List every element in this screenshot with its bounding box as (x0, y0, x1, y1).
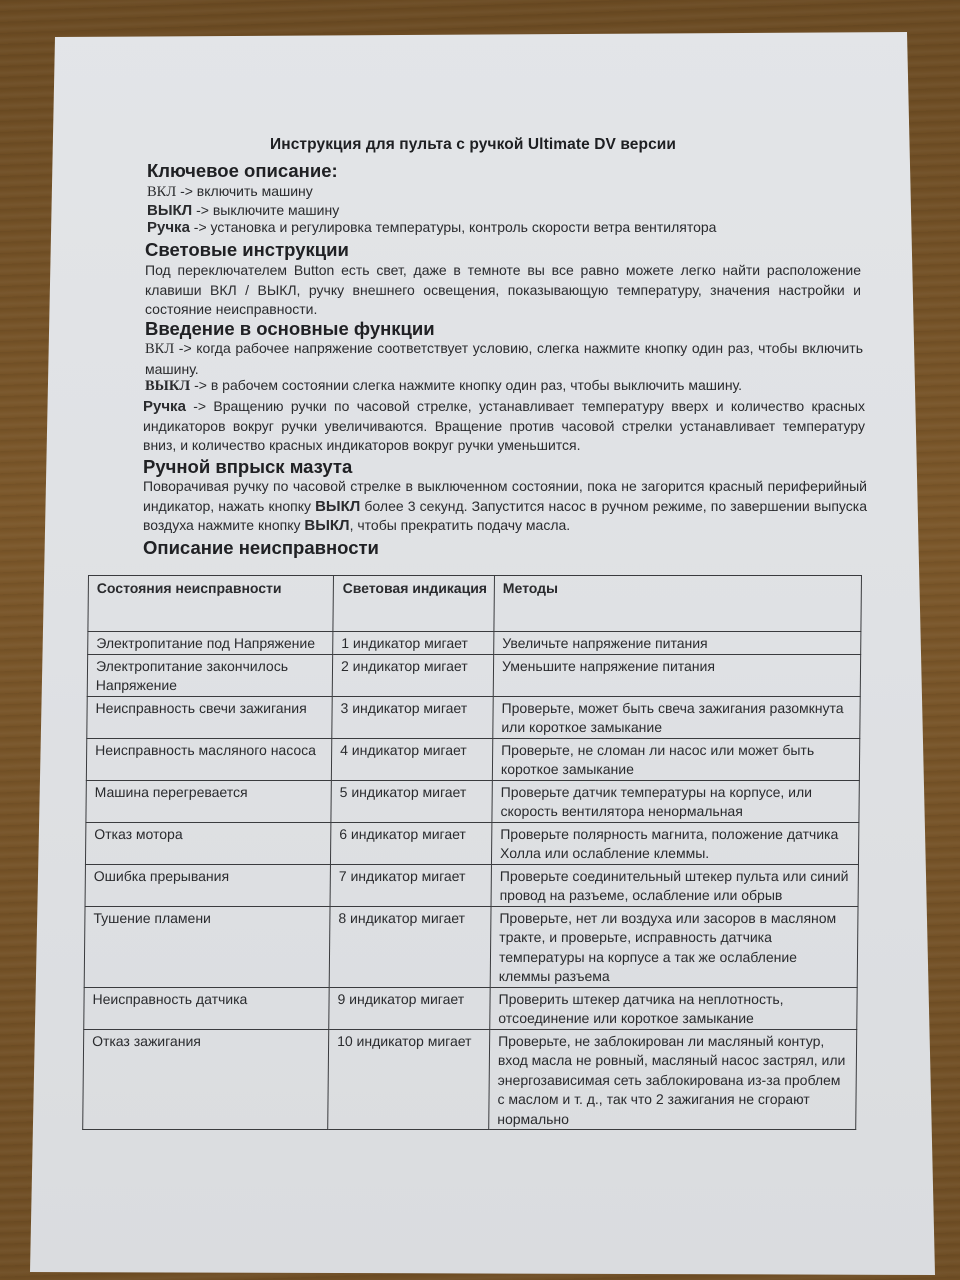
table-row: Отказ зажигания10 индикатор мигаетПровер… (83, 1029, 857, 1130)
cell-fault-state: Неисправность датчика (84, 987, 329, 1029)
key-text: -> установка и регулировка температуры, … (190, 219, 717, 235)
cell-method: Проверьте полярность магнита, положение … (491, 822, 858, 864)
cell-fault-state: Отказ мотора (85, 822, 330, 864)
key-label: ВЫКЛ (304, 517, 349, 534)
cell-light-indication: 3 индикатор мигает (332, 696, 493, 738)
column-header-state: Состояния неисправности (88, 576, 334, 632)
function-item-on: ВКЛ -> когда рабочее напряжение соответс… (145, 339, 863, 379)
instruction-document: Инструкция для пульта с ручкой Ultimate … (0, 0, 960, 1280)
key-item-on: ВКЛ -> включить машину (147, 183, 313, 201)
cell-fault-state: Неисправность свечи зажигания (87, 696, 332, 738)
cell-light-indication: 10 индикатор мигает (328, 1029, 490, 1130)
key-label: ВЫКЛ (145, 378, 190, 394)
cell-light-indication: 4 индикатор мигает (331, 738, 492, 780)
cell-fault-state: Отказ зажигания (83, 1029, 329, 1130)
cell-fault-state: Ошибка прерывания (85, 864, 330, 906)
cell-fault-state: Тушение пламени (84, 906, 330, 987)
cell-fault-state: Электропитание закончилось Напряжение (87, 654, 332, 696)
cell-method: Проверьте, не заблокирован ли масляный к… (489, 1029, 857, 1130)
table-row: Электропитание под Напряжение1 индикатор… (88, 632, 861, 655)
column-header-indication: Световая индикация (333, 576, 495, 632)
table-row: Электропитание закончилось Напряжение2 и… (87, 654, 860, 696)
heading-key-description: Ключевое описание: (147, 160, 338, 182)
cell-method: Проверьте соединительный штекер пульта и… (491, 864, 858, 906)
cell-fault-state: Электропитание под Напряжение (88, 632, 333, 655)
cell-light-indication: 6 индикатор мигает (330, 822, 491, 864)
table-row: Неисправность датчика9 индикатор мигаетП… (84, 987, 857, 1029)
cell-fault-state: Неисправность масляного насоса (86, 738, 331, 780)
table-row: Отказ мотора6 индикатор мигаетПроверьте … (85, 822, 858, 864)
heading-main-functions: Введение в основные функции (145, 318, 435, 340)
cell-method: Проверьте, не сломан ли насос или может … (492, 738, 859, 780)
cell-light-indication: 9 индикатор мигает (329, 987, 490, 1029)
fault-table: Состояния неисправности Световая индикац… (82, 575, 862, 1130)
table-row: Неисправность свечи зажигания3 индикатор… (87, 696, 860, 738)
table-row: Тушение пламени8 индикатор мигаетПроверь… (84, 906, 858, 987)
cell-light-indication: 8 индикатор мигает (329, 906, 491, 987)
document-title: Инструкция для пульта с ручкой Ultimate … (270, 136, 676, 154)
cell-light-indication: 2 индикатор мигает (332, 654, 493, 696)
table-row: Машина перегревается5 индикатор мигаетПр… (86, 780, 859, 822)
cell-method: Уменьшите напряжение питания (493, 654, 860, 696)
key-text: -> включить машину (176, 183, 313, 199)
table-row: Неисправность масляного насоса4 индикато… (86, 738, 859, 780)
cell-fault-state: Машина перегревается (86, 780, 331, 822)
table-header-row: Состояния неисправности Световая индикац… (88, 576, 862, 632)
key-label: Ручка (143, 398, 186, 415)
function-item-off: ВЫКЛ -> в рабочем состоянии слегка нажми… (145, 377, 742, 395)
key-label: ВЫКЛ (315, 498, 360, 515)
cell-method: Проверьте, может быть свеча зажигания ра… (493, 696, 860, 738)
key-label: ВКЛ (147, 184, 176, 200)
cell-light-indication: 1 индикатор мигает (333, 632, 494, 655)
key-label: ВЫКЛ (147, 202, 192, 219)
column-header-methods: Методы (494, 576, 862, 632)
cell-light-indication: 7 индикатор мигает (330, 864, 491, 906)
heading-light-instructions: Световые инструкции (145, 239, 349, 261)
heading-fault-description: Описание неисправности (143, 537, 379, 559)
manual-injection-paragraph: Поворачивая ручку по часовой стрелке в в… (143, 477, 867, 536)
cell-method: Увеличьте напряжение питания (494, 632, 861, 655)
key-item-knob: Ручка -> установка и регулировка темпера… (147, 219, 716, 236)
cell-method: Проверьте датчик температуры на корпусе,… (492, 780, 859, 822)
table-row: Ошибка прерывания7 индикатор мигаетПрове… (85, 864, 858, 906)
function-item-knob: Ручка -> Вращению ручки по часовой стрел… (143, 397, 865, 456)
cell-method: Проверьте, нет ли воздуха или засоров в … (490, 906, 858, 987)
cell-light-indication: 5 индикатор мигает (331, 780, 492, 822)
key-text: -> выключите машину (192, 202, 339, 218)
key-item-off: ВЫКЛ -> выключите машину (147, 202, 339, 219)
key-label: ВКЛ (145, 341, 174, 357)
key-label: Ручка (147, 219, 190, 236)
heading-manual-injection: Ручной впрыск мазута (143, 456, 352, 478)
light-instructions-paragraph: Под переключателем Button есть свет, даж… (145, 261, 861, 320)
cell-method: Проверить штекер датчика на неплотность,… (490, 987, 857, 1029)
